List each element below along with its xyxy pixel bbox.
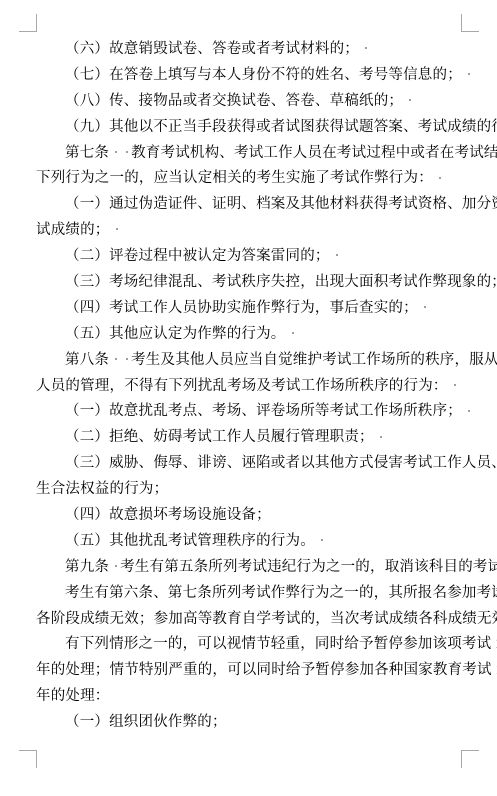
document-line: 第九条考生有第五条所列考试违纪行为之一的，取消该科目的考试成绩。 <box>36 555 462 581</box>
document-line: （一）通过伪造证件、证明、档案及其他材料获得考试资格、加分资格和考 <box>36 192 462 218</box>
space-formatting-mark <box>439 177 441 179</box>
line-text: （一）组织团伙作弊的； <box>65 714 227 730</box>
line-text: （六）故意销毁试卷、答卷或者考试材料的； <box>65 41 359 57</box>
document-line: （一）故意扰乱考点、考场、评卷场所等考试工作场所秩序； <box>36 399 462 425</box>
space-formatting-mark <box>115 358 117 360</box>
line-text: （一）通过伪造证件、证明、档案及其他材料获得考试资格、加分资格和考 <box>65 196 497 212</box>
space-formatting-mark <box>409 99 411 101</box>
text-boundary-mark-bottom-right <box>461 750 479 768</box>
document-line: 第八条考生及其他人员应当自觉维护考试工作场所的秩序，服从考试工作 <box>36 348 462 374</box>
article-number: 第七条 <box>65 145 109 161</box>
line-text: 有下列情形之一的，可以视情节轻重，同时给予暂停参加该项考试 1 至 3 <box>65 636 497 652</box>
space-formatting-mark <box>380 436 382 438</box>
document-line: （九）其他以不正当手段获得或者试图获得试题答案、考试成绩的行为。 <box>36 115 462 141</box>
space-formatting-mark <box>424 306 426 308</box>
document-line: 第七条教育考试机构、考试工作人员在考试过程中或者在考试结束后发现 <box>36 141 462 167</box>
line-text: （一）故意扰乱考点、考场、评卷场所等考试工作场所秩序； <box>65 403 462 419</box>
document-line: （五）其他应认定为作弊的行为。 <box>36 322 462 348</box>
space-formatting-mark <box>468 410 470 412</box>
space-formatting-mark <box>365 47 367 49</box>
document-line: 年的处理；情节特别严重的，可以同时给予暂停参加各种国家教育考试 1 至 3 <box>36 658 462 684</box>
document-line: 有下列情形之一的，可以视情节轻重，同时给予暂停参加该项考试 1 至 3 <box>36 632 462 658</box>
line-text: 各阶段成绩无效；参加高等教育自学考试的，当次考试成绩各科成绩无效。 <box>36 611 497 627</box>
line-text: （三）考场纪律混乱、考试秩序失控，出现大面积考试作弊现象的； <box>65 274 497 290</box>
document-line: 各阶段成绩无效；参加高等教育自学考试的，当次考试成绩各科成绩无效。 <box>36 607 462 633</box>
space-formatting-mark <box>126 151 128 153</box>
document-line: （三）威胁、侮辱、诽谤、诬陷或者以其他方式侵害考试工作人员、其他考 <box>36 451 462 477</box>
document-line: （三）考场纪律混乱、考试秩序失控，出现大面积考试作弊现象的； <box>36 270 462 296</box>
line-text: 年的处理： <box>36 688 110 704</box>
space-formatting-mark <box>336 254 338 256</box>
line-text: （五）其他扰乱考试管理秩序的行为。 <box>65 533 315 549</box>
document-line: （八）传、接物品或者交换试卷、答卷、草稿纸的； <box>36 89 462 115</box>
space-formatting-mark <box>116 228 118 230</box>
document-line: （二）拒绝、妨碍考试工作人员履行管理职责； <box>36 425 462 451</box>
line-text: （九）其他以不正当手段获得或者试图获得试题答案、考试成绩的行为。 <box>65 119 497 135</box>
article-number: 第九条 <box>65 559 109 575</box>
line-text: 考生有第六条、第七条所列考试作弊行为之一的，其所报名参加考试的各科、 <box>65 585 497 601</box>
document-line: （四）故意损坏考场设施设备； <box>36 503 462 529</box>
line-text: 考生及其他人员应当自觉维护考试工作场所的秩序，服从考试工作 <box>131 352 497 368</box>
line-text: 教育考试机构、考试工作人员在考试过程中或者在考试结束后发现 <box>131 145 497 161</box>
line-text: （三）威胁、侮辱、诽谤、诬陷或者以其他方式侵害考试工作人员、其他考 <box>65 455 497 471</box>
line-text: 试成绩的； <box>36 222 110 238</box>
space-formatting-mark <box>115 565 117 567</box>
document-line: 年的处理： <box>36 684 462 710</box>
line-text: （五）其他应认定为作弊的行为。 <box>65 326 286 342</box>
text-boundary-mark-bottom-left <box>19 750 37 768</box>
document-line: 生合法权益的行为； <box>36 477 462 503</box>
article-number: 第八条 <box>65 352 109 368</box>
document-line: 下列行为之一的，应当认定相关的考生实施了考试作弊行为： <box>36 166 462 192</box>
line-text: 下列行为之一的，应当认定相关的考生实施了考试作弊行为： <box>36 170 433 186</box>
document-page-text: （六）故意销毁试卷、答卷或者考试材料的；（七）在答卷上填写与本人身份不符的姓名、… <box>36 37 462 736</box>
line-text: （二）拒绝、妨碍考试工作人员履行管理职责； <box>65 429 374 445</box>
document-line: （六）故意销毁试卷、答卷或者考试材料的； <box>36 37 462 63</box>
line-text: （四）考试工作人员协助实施作弊行为，事后查实的； <box>65 300 418 316</box>
document-line: 试成绩的； <box>36 218 462 244</box>
document-line: （五）其他扰乱考试管理秩序的行为。 <box>36 529 462 555</box>
line-text: （四）故意损坏考场设施设备； <box>65 507 271 523</box>
space-formatting-mark <box>126 358 128 360</box>
document-line: 人员的管理，不得有下列扰乱考场及考试工作场所秩序的行为： <box>36 374 462 400</box>
document-line: （一）组织团伙作弊的； <box>36 710 462 736</box>
document-line: （四）考试工作人员协助实施作弊行为，事后查实的； <box>36 296 462 322</box>
text-boundary-mark-top-right <box>461 14 479 32</box>
line-text: （二）评卷过程中被认定为答案雷同的； <box>65 248 330 264</box>
space-formatting-mark <box>292 332 294 334</box>
line-text: 年的处理；情节特别严重的，可以同时给予暂停参加各种国家教育考试 1 至 3 <box>36 662 497 678</box>
space-formatting-mark <box>321 539 323 541</box>
document-line: 考生有第六条、第七条所列考试作弊行为之一的，其所报名参加考试的各科、 <box>36 581 462 607</box>
line-text: （八）传、接物品或者交换试卷、答卷、草稿纸的； <box>65 93 403 109</box>
document-line: （七）在答卷上填写与本人身份不符的姓名、考号等信息的； <box>36 63 462 89</box>
line-text: 生合法权益的行为； <box>36 481 168 497</box>
space-formatting-mark <box>115 151 117 153</box>
space-formatting-mark <box>454 384 456 386</box>
space-formatting-mark <box>468 73 470 75</box>
text-boundary-mark-top-left <box>19 14 37 32</box>
document-line: （二）评卷过程中被认定为答案雷同的； <box>36 244 462 270</box>
line-text: 考生有第五条所列考试违纪行为之一的，取消该科目的考试成绩。 <box>120 559 497 575</box>
line-text: （七）在答卷上填写与本人身份不符的姓名、考号等信息的； <box>65 67 462 83</box>
line-text: 人员的管理，不得有下列扰乱考场及考试工作场所秩序的行为： <box>36 378 448 394</box>
